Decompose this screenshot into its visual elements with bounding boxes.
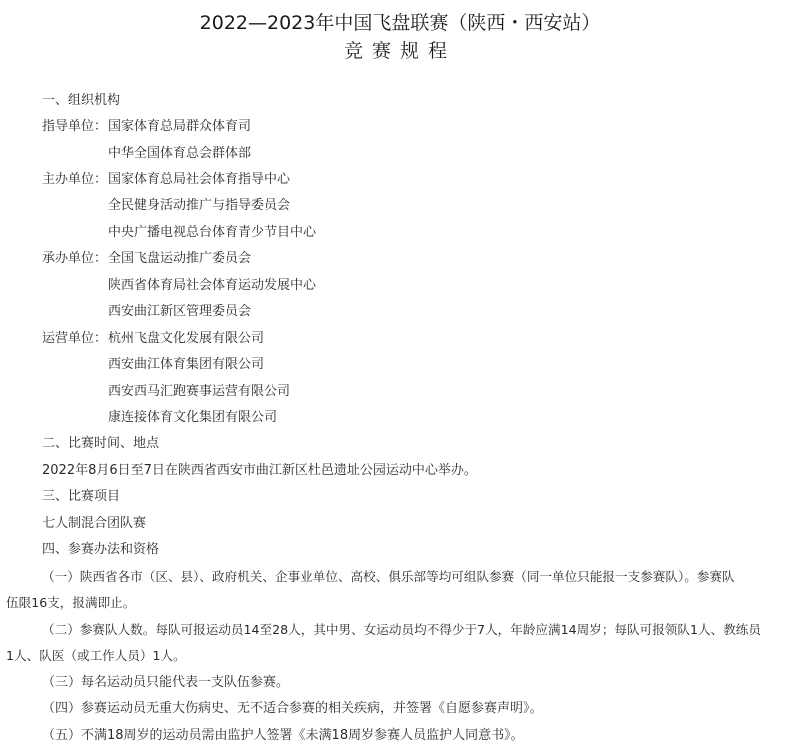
section-heading-time-place: 二、比赛时间、地点 [42, 436, 159, 452]
section-heading-events: 三、比赛项目 [42, 489, 120, 505]
org-item: 陕西省体育局社会体育运动发展中心 [108, 278, 316, 294]
org-row: 主办单位：国家体育总局社会体育指导中心 [42, 172, 290, 188]
clause-4: （四）参赛运动员无重大伤病史、无不适合参赛的相关疾病，并签署《自愿参赛声明》。 [42, 701, 543, 717]
org-row: 运营单位：杭州飞盘文化发展有限公司 [42, 331, 264, 347]
org-item: 康连接体育文化集团有限公司 [108, 410, 277, 426]
clause-1-line-2: 伍限16支，报满即止。 [6, 595, 135, 611]
time-place-text: 2022年8月6日至7日在陕西省西安市曲江新区杜邑遗址公园运动中心举办。 [42, 463, 477, 479]
clause-3: （三）每名运动员只能代表一支队伍参赛。 [42, 675, 289, 691]
org-label-organizer: 承办单位： [42, 251, 108, 267]
clause-2-line-1: （二）参赛队人数。每队可报运动员14至28人，其中男、女运动员均不得少于7人，年… [42, 622, 761, 638]
org-item: 国家体育总局群众体育司 [108, 119, 251, 134]
org-item: 西安曲江体育集团有限公司 [108, 357, 264, 373]
clause-2-line-2: 1人、队医（或工作人员）1人。 [6, 648, 186, 664]
org-item: 杭州飞盘文化发展有限公司 [108, 331, 264, 346]
org-label-operator: 运营单位： [42, 331, 108, 347]
org-row: 承办单位：全国飞盘运动推广委员会 [42, 251, 251, 267]
org-item: 国家体育总局社会体育指导中心 [108, 172, 290, 187]
section-heading-eligibility: 四、参赛办法和资格 [42, 542, 159, 558]
org-label-guidance: 指导单位： [42, 119, 108, 135]
org-label-host: 主办单位： [42, 172, 108, 188]
org-item: 全国飞盘运动推广委员会 [108, 251, 251, 266]
events-text: 七人制混合团队赛 [42, 516, 146, 532]
clause-5: （五）不满18周岁的运动员需由监护人签署《未满18周岁参赛人员监护人同意书》。 [42, 728, 524, 744]
org-item: 全民健身活动推广与指导委员会 [108, 198, 290, 214]
org-item: 中华全国体育总会群体部 [108, 146, 251, 162]
org-item: 西安西马汇跑赛事运营有限公司 [108, 384, 290, 400]
org-row: 指导单位：国家体育总局群众体育司 [42, 119, 251, 135]
clause-1-line-1: （一）陕西省各市（区、县）、政府机关、企事业单位、高校、俱乐部等均可组队参赛（同… [42, 569, 735, 585]
section-heading-organization: 一、组织机构 [42, 93, 120, 109]
title-line-2: 竞赛规程 [0, 36, 800, 63]
org-item: 中央广播电视总台体育青少节目中心 [108, 225, 316, 241]
org-item: 西安曲江新区管理委员会 [108, 304, 251, 320]
title-line-1: 2022—2023年中国飞盘联赛（陕西・西安站） [0, 8, 800, 35]
